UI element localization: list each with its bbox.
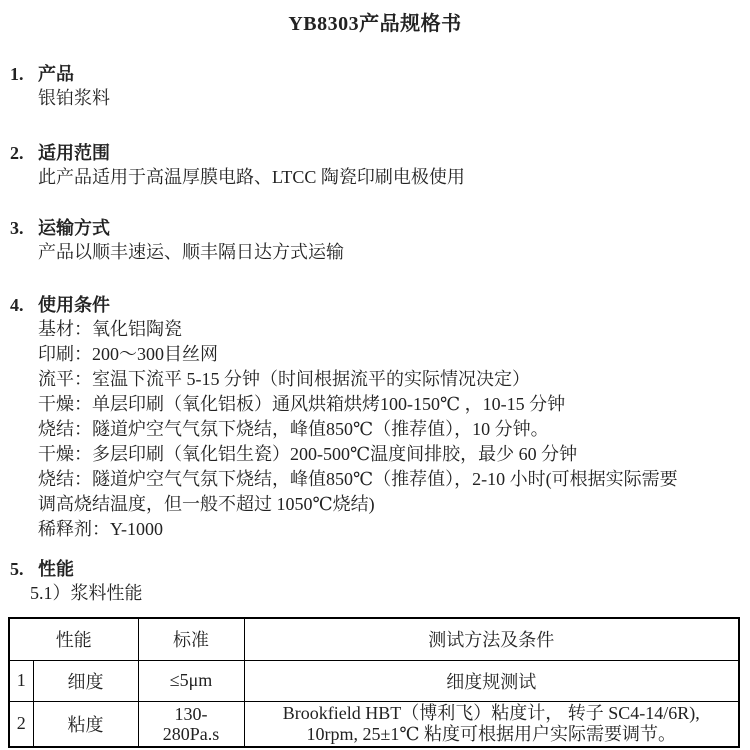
section-number: 3.	[10, 216, 38, 240]
body-line: 流平：室温下流平 5-15 分钟（时间根据流平的实际情况决定）	[38, 367, 750, 392]
cell-property: 细度	[33, 660, 138, 701]
body-line: 烧结：隧道炉空气气氛下烧结，峰值850℃（推荐值），2-10 小时(可根据实际需…	[38, 467, 750, 492]
row-index: 1	[9, 660, 33, 701]
section-body: 银铂浆料	[38, 86, 750, 111]
table-header-row: 性能 标准 测试方法及条件	[9, 618, 739, 660]
cell-property: 粘度	[33, 701, 138, 747]
document-page: YB8303产品规格书 1. 产品 银铂浆料 2. 适用范围 此产品适用于高温厚…	[0, 0, 750, 748]
body-line: 调高烧结温度，但一般不超过 1050℃烧结)	[38, 492, 750, 517]
body-line: 烧结：隧道炉空气气氛下烧结，峰值850℃（推荐值），10 分钟。	[38, 417, 750, 442]
section-heading: 运输方式	[38, 216, 110, 240]
section-body: 此产品适用于高温厚膜电路、LTCC 陶瓷印刷电极使用	[38, 165, 750, 190]
header-method: 测试方法及条件	[244, 618, 739, 660]
section-heading-row: 5. 性能	[10, 557, 750, 581]
subsection-heading: 5.1）浆料性能	[30, 581, 750, 606]
cell-standard: ≤5μm	[138, 660, 244, 701]
section-scope: 2. 适用范围 此产品适用于高温厚膜电路、LTCC 陶瓷印刷电极使用	[10, 141, 750, 190]
section-body: 产品以顺丰速运、顺丰隔日达方式运输	[38, 240, 750, 265]
section-number: 2.	[10, 141, 38, 165]
section-heading: 适用范围	[38, 141, 110, 165]
section-number: 1.	[10, 62, 38, 86]
section-heading: 产品	[38, 62, 74, 86]
paste-performance-table: 性能 标准 测试方法及条件 1 细度 ≤5μm 细度规测试 2 粘度 130- …	[8, 617, 740, 748]
section-heading-row: 1. 产品	[10, 62, 750, 86]
section-heading-row: 3. 运输方式	[10, 216, 750, 240]
section-number: 4.	[10, 293, 38, 317]
body-line: 稀释剂：Y-1000	[38, 517, 750, 542]
cell-method: Brookfield HBT（博利飞）粘度计， 转子 SC4-14/6R), 1…	[244, 701, 739, 747]
cell-standard: 130- 280Pa.s	[138, 701, 244, 747]
body-line: 干燥：单层印刷（氧化铝板）通风烘箱烘烤100-150℃ ，10-15 分钟	[38, 392, 750, 417]
section-shipping: 3. 运输方式 产品以顺丰速运、顺丰隔日达方式运输	[10, 216, 750, 265]
body-line: 银铂浆料	[38, 86, 750, 111]
section-heading: 使用条件	[38, 293, 110, 317]
section-body: 基材：氧化铝陶瓷 印刷：200～300目丝网 流平：室温下流平 5-15 分钟（…	[38, 317, 750, 542]
header-property: 性能	[9, 618, 138, 660]
section-product: 1. 产品 银铂浆料	[10, 62, 750, 111]
body-line: 产品以顺丰速运、顺丰隔日达方式运输	[38, 240, 750, 265]
section-heading: 性能	[38, 557, 74, 581]
row-index: 2	[9, 701, 33, 747]
table-row: 1 细度 ≤5μm 细度规测试	[9, 660, 739, 701]
page-title: YB8303产品规格书	[0, 0, 750, 36]
section-heading-row: 2. 适用范围	[10, 141, 750, 165]
body-line: 此产品适用于高温厚膜电路、LTCC 陶瓷印刷电极使用	[38, 165, 750, 190]
section-number: 5.	[10, 557, 38, 581]
section-usage-conditions: 4. 使用条件 基材：氧化铝陶瓷 印刷：200～300目丝网 流平：室温下流平 …	[10, 293, 750, 542]
body-line: 基材：氧化铝陶瓷	[38, 317, 750, 342]
section-performance: 5. 性能 5.1）浆料性能	[10, 557, 750, 606]
cell-method: 细度规测试	[244, 660, 739, 701]
body-line: 干燥：多层印刷（氧化铝生瓷）200-500℃温度间排胶，最少 60 分钟	[38, 442, 750, 467]
body-line: 印刷：200～300目丝网	[38, 342, 750, 367]
table-row: 2 粘度 130- 280Pa.s Brookfield HBT（博利飞）粘度计…	[9, 701, 739, 747]
section-heading-row: 4. 使用条件	[10, 293, 750, 317]
header-standard: 标准	[138, 618, 244, 660]
